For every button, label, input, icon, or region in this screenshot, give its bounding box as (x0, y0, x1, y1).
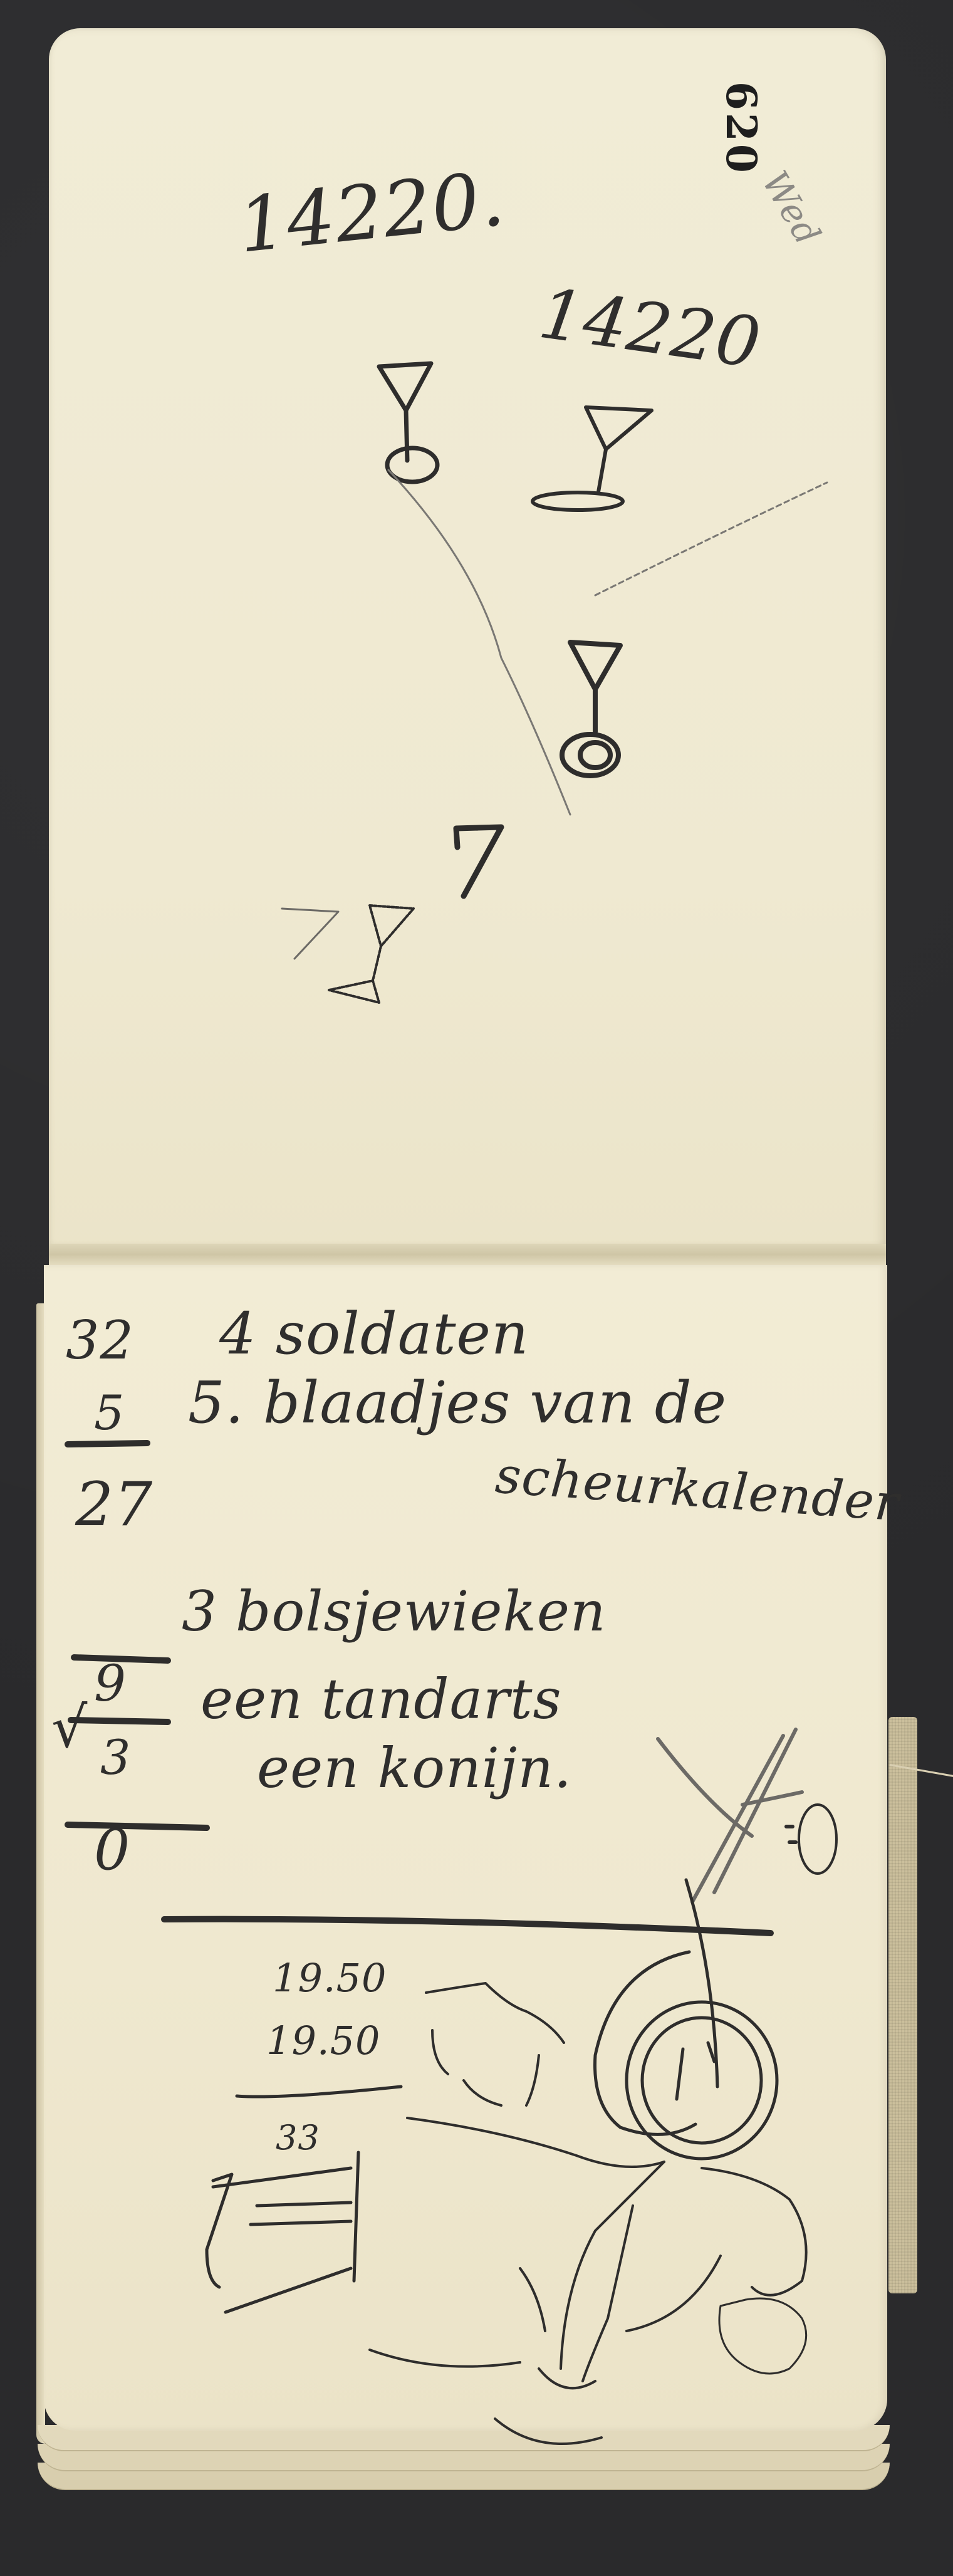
arithmetic-lines (68, 1443, 207, 1828)
face-profile-icon (426, 1983, 564, 2105)
airplane-icon (658, 1729, 836, 1902)
faint-triangle-icon (282, 909, 338, 959)
pencil-sketches (0, 0, 953, 2576)
hand-sketch-icon (207, 2152, 358, 2312)
glass-ring-base-icon (562, 642, 620, 776)
crouching-figure-icon (370, 2118, 806, 2444)
small-head-icon (719, 2298, 806, 2374)
horizontal-divider (164, 1919, 771, 1933)
helmet-head-icon (595, 1880, 778, 2159)
underline-stroke (237, 2087, 401, 2097)
martini-glass-icon (533, 407, 652, 510)
glass-round-base-icon (379, 363, 437, 482)
dotted-glass-icon (329, 905, 414, 1003)
seven-glyph-icon (456, 827, 501, 896)
